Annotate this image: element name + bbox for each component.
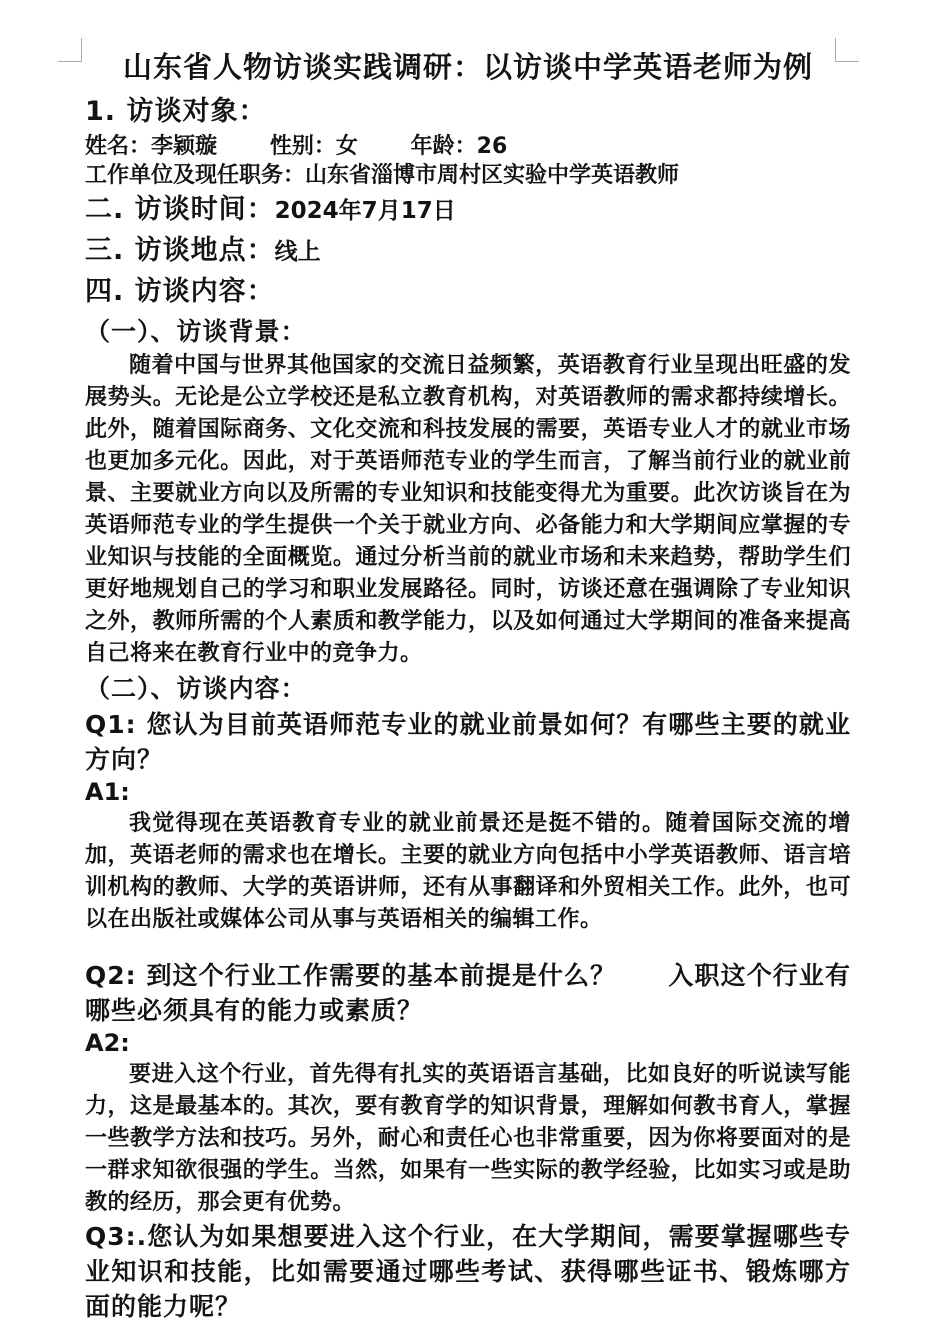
gender-label: 性别： [270, 134, 336, 159]
background-paragraph: 随着中国与世界其他国家的交流日益频繁，英语教育行业呈现出旺盛的发展势头。无论是公… [85, 350, 851, 670]
interview-time-label: 二. 访谈时间： [85, 194, 275, 225]
gender-value: 女 [336, 134, 358, 159]
answer-2-paragraph: 要进入这个行业，首先得有扎实的英语语言基础，比如良好的听说读写能力，这是最基本的… [85, 1059, 851, 1219]
work-label: 工作单位及现任职务： [85, 163, 305, 188]
interview-place-label: 三. 访谈地点： [85, 235, 275, 266]
age-field: 年龄：26 [411, 134, 508, 159]
interview-time-value: 2024年7月17日 [275, 198, 456, 224]
section-heading-interview-content: 四. 访谈内容： [85, 272, 851, 313]
page-margin-corner-top-left-icon [58, 38, 82, 62]
subsection-heading-content: （二）、访谈内容： [85, 670, 851, 707]
subsection-heading-background: （一）、访谈背景： [85, 313, 851, 350]
interviewee-work-info-line: 工作单位及现任职务：山东省淄博市周村区实验中学英语教师 [85, 161, 851, 190]
age-value: 26 [477, 134, 508, 159]
document-content: 山东省人物访谈实践调研：以访谈中学英语老师为例 1. 访谈对象： 姓名：李颖璇性… [85, 48, 851, 1324]
question-2: Q2: 到这个行业工作需要的基本前提是什么？ 入职这个行业有哪些必须具有的能力或… [85, 958, 851, 1028]
answer-2-label: A2: [85, 1028, 851, 1059]
answer-1-label: A1: [85, 777, 851, 808]
name-field: 姓名：李颖璇 [85, 134, 217, 159]
question-3: Q3:.您认为如果想要进入这个行业，在大学期间，需要掌握哪些专业知识和技能，比如… [85, 1219, 851, 1324]
interview-content-label: 四. 访谈内容： [85, 276, 275, 307]
section-heading-interview-place: 三. 访谈地点：线上 [85, 231, 851, 272]
document-page: 山东省人物访谈实践调研：以访谈中学英语老师为例 1. 访谈对象： 姓名：李颖璇性… [0, 0, 934, 1325]
interview-place-value: 线上 [275, 239, 321, 265]
age-label: 年龄： [411, 134, 477, 159]
interviewee-basic-info-line: 姓名：李颖璇性别：女年龄：26 [85, 132, 851, 161]
work-value: 山东省淄博市周村区实验中学英语教师 [305, 163, 679, 188]
question-1: Q1: 您认为目前英语师范专业的就业前景如何？有哪些主要的就业方向？ [85, 707, 851, 777]
answer-1-paragraph: 我觉得现在英语教育专业的就业前景还是挺不错的。随着国际交流的增加，英语老师的需求… [85, 808, 851, 936]
name-label: 姓名： [85, 134, 151, 159]
gender-field: 性别：女 [270, 134, 358, 159]
name-value: 李颖璇 [151, 134, 217, 159]
section-heading-interviewee: 1. 访谈对象： [85, 92, 851, 132]
document-title: 山东省人物访谈实践调研：以访谈中学英语老师为例 [85, 48, 851, 86]
section-heading-interview-time: 二. 访谈时间：2024年7月17日 [85, 190, 851, 231]
